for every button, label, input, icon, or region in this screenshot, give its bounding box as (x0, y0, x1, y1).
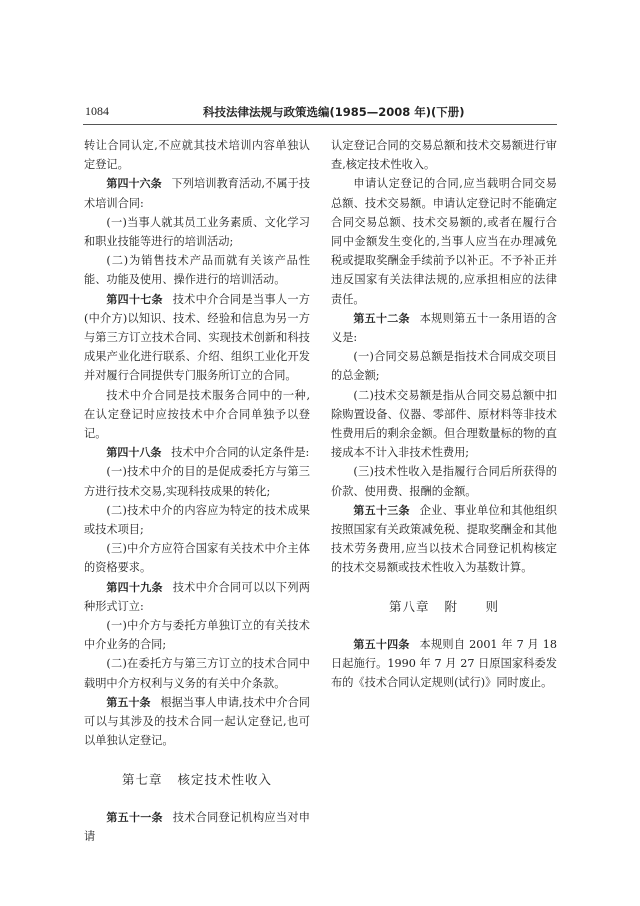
article-47: 第四十七条技术中介合同是当事人一方(中介方)以知识、技术、经验和信息为另一方与第… (84, 290, 310, 386)
article-text: 技术中介合同是当事人一方(中介方)以知识、技术、经验和信息为另一方与第三方订立技… (84, 293, 310, 383)
list-item: (二)在委托方与第三方订立的技术合同中载明中介方权利与义务的有关中介条款。 (84, 654, 310, 692)
article-text: 技术中介合同的认定条件是: (171, 446, 309, 459)
chapter-title-part1: 附 (444, 599, 458, 614)
article-49: 第四十九条技术中介合同可以以下列两种形式订立: (84, 578, 310, 616)
chapter-title-part2: 则 (486, 599, 500, 614)
chapter-8-heading: 第八章附则 (331, 597, 557, 616)
article-label: 第五十三条 (353, 504, 409, 517)
chapter-number: 第七章 (122, 772, 163, 787)
article-label: 第四十六条 (106, 177, 161, 190)
chapter-number: 第八章 (389, 599, 430, 614)
list-item: (一)中介方与委托方单独订立的有关技术中介业务的合同; (84, 616, 310, 654)
list-item: (二)技术交易额是指从合同交易总额中扣除购置设备、仪器、零部件、原材料等非技术性… (331, 386, 557, 463)
article-50: 第五十条根据当事人申请,技术中介合同可以与其涉及的技术合同一起认定登记,也可以单… (84, 693, 310, 751)
article-label: 第五十二条 (353, 312, 409, 325)
left-column: 转让合同认定,不应就其技术培训内容单独认定登记。 第四十六条下列培训教育活动,不… (84, 136, 310, 846)
article-label: 第四十八条 (106, 446, 161, 459)
article-54: 第五十四条本规则自 2001 年 7 月 18 日起施行。1990 年 7 月 … (331, 635, 557, 693)
article-label: 第五十一条 (106, 811, 162, 824)
article-52: 第五十二条本规则第五十一条用语的含义是: (331, 309, 557, 347)
header-rule (83, 124, 557, 125)
paragraph: 认定登记合同的交易总额和技术交易额进行审查,核定技术性收入。 (331, 136, 557, 174)
list-item: (二)技术中介的内容应为特定的技术成果或技术项目; (84, 501, 310, 539)
list-item: (一)合同交易总额是指技术合同成交项目的总金额; (331, 347, 557, 385)
chapter-7-heading: 第七章核定技术性收入 (84, 770, 310, 789)
article-48: 第四十八条技术中介合同的认定条件是: (84, 443, 310, 462)
page-number: 1084 (85, 104, 109, 119)
running-title: 科技法律法规与政策选编(1985—2008 年)(下册) (203, 104, 465, 120)
article-53: 第五十三条企业、事业单位和其他组织按照国家有关政策减免税、提取奖酬金和其他技术劳… (331, 501, 557, 578)
article-46: 第四十六条下列培训教育活动,不属于技术培训合同: (84, 174, 310, 212)
list-item: (一)当事人就其员工业务素质、文化学习和职业技能等进行的培训活动; (84, 213, 310, 251)
article-label: 第五十四条 (353, 638, 409, 651)
paragraph: 申请认定登记的合同,应当载明合同交易总额、技术交易额。申请认定登记时不能确定合同… (331, 174, 557, 308)
page-header: 1084 科技法律法规与政策选编(1985—2008 年)(下册) (83, 104, 557, 124)
article-label: 第五十条 (106, 696, 150, 709)
list-item: (三)中介方应符合国家有关技术中介主体的资格要求。 (84, 539, 310, 577)
article-label: 第四十七条 (106, 293, 162, 306)
list-item: (一)技术中介的目的是促成委托方与第三方进行技术交易,实现科技成果的转化; (84, 462, 310, 500)
article-label: 第四十九条 (106, 581, 162, 594)
chapter-title: 核定技术性收入 (178, 772, 273, 787)
paragraph: 技术中介合同是技术服务合同中的一种,在认定登记时应按技术中介合同单独予以登记。 (84, 386, 310, 444)
right-column: 认定登记合同的交易总额和技术交易额进行审查,核定技术性收入。 申请认定登记的合同… (331, 136, 557, 692)
list-item: (三)技术性收入是指履行合同后所获得的价款、使用费、报酬的金额。 (331, 462, 557, 500)
list-item: (二)为销售技术产品而就有关该产品性能、功能及使用、操作进行的培训活动。 (84, 251, 310, 289)
article-51: 第五十一条技术合同登记机构应当对申请 (84, 808, 310, 846)
paragraph: 转让合同认定,不应就其技术培训内容单独认定登记。 (84, 136, 310, 174)
